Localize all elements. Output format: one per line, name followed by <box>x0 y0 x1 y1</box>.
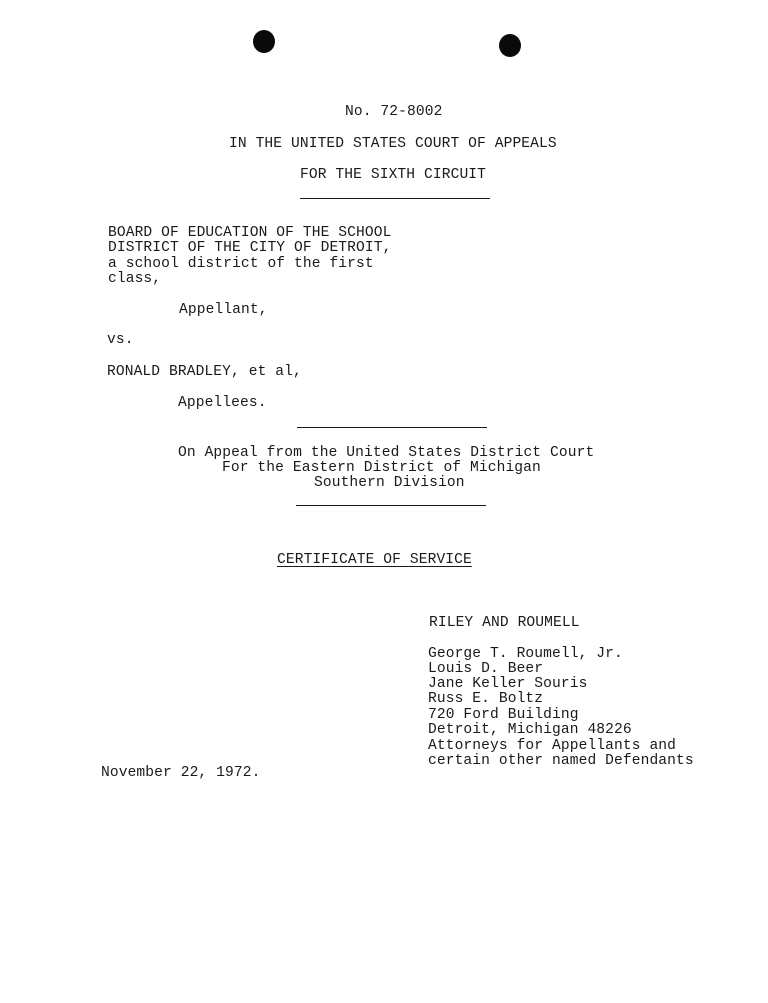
appellant-line-2: DISTRICT OF THE CITY OF DETROIT, <box>108 241 391 257</box>
divider-rule <box>296 505 486 506</box>
versus: vs. <box>107 333 134 349</box>
appellant-label: Appellant, <box>179 303 268 319</box>
filing-date: November 22, 1972. <box>101 766 260 782</box>
punch-hole-left <box>253 30 275 53</box>
counsel-line-6: Detroit, Michigan 48226 <box>428 723 632 739</box>
appellant-line-4: class, <box>108 272 161 288</box>
law-firm-name: RILEY AND ROUMELL <box>429 616 580 632</box>
divider-rule <box>300 198 490 199</box>
punch-hole-right <box>499 34 521 57</box>
appellee-name: RONALD BRADLEY, et al, <box>107 365 302 381</box>
circuit-name: FOR THE SIXTH CIRCUIT <box>300 168 486 184</box>
court-name: IN THE UNITED STATES COURT OF APPEALS <box>229 137 557 153</box>
counsel-line-4: Russ E. Boltz <box>428 692 543 708</box>
case-number: No. 72-8002 <box>345 105 442 121</box>
appeal-from-line-3: Southern Division <box>314 476 465 492</box>
document-title: CERTIFICATE OF SERVICE <box>277 553 472 569</box>
counsel-line-8: certain other named Defendants <box>428 754 694 770</box>
appellee-label: Appellees. <box>178 396 267 412</box>
divider-rule <box>297 427 487 428</box>
